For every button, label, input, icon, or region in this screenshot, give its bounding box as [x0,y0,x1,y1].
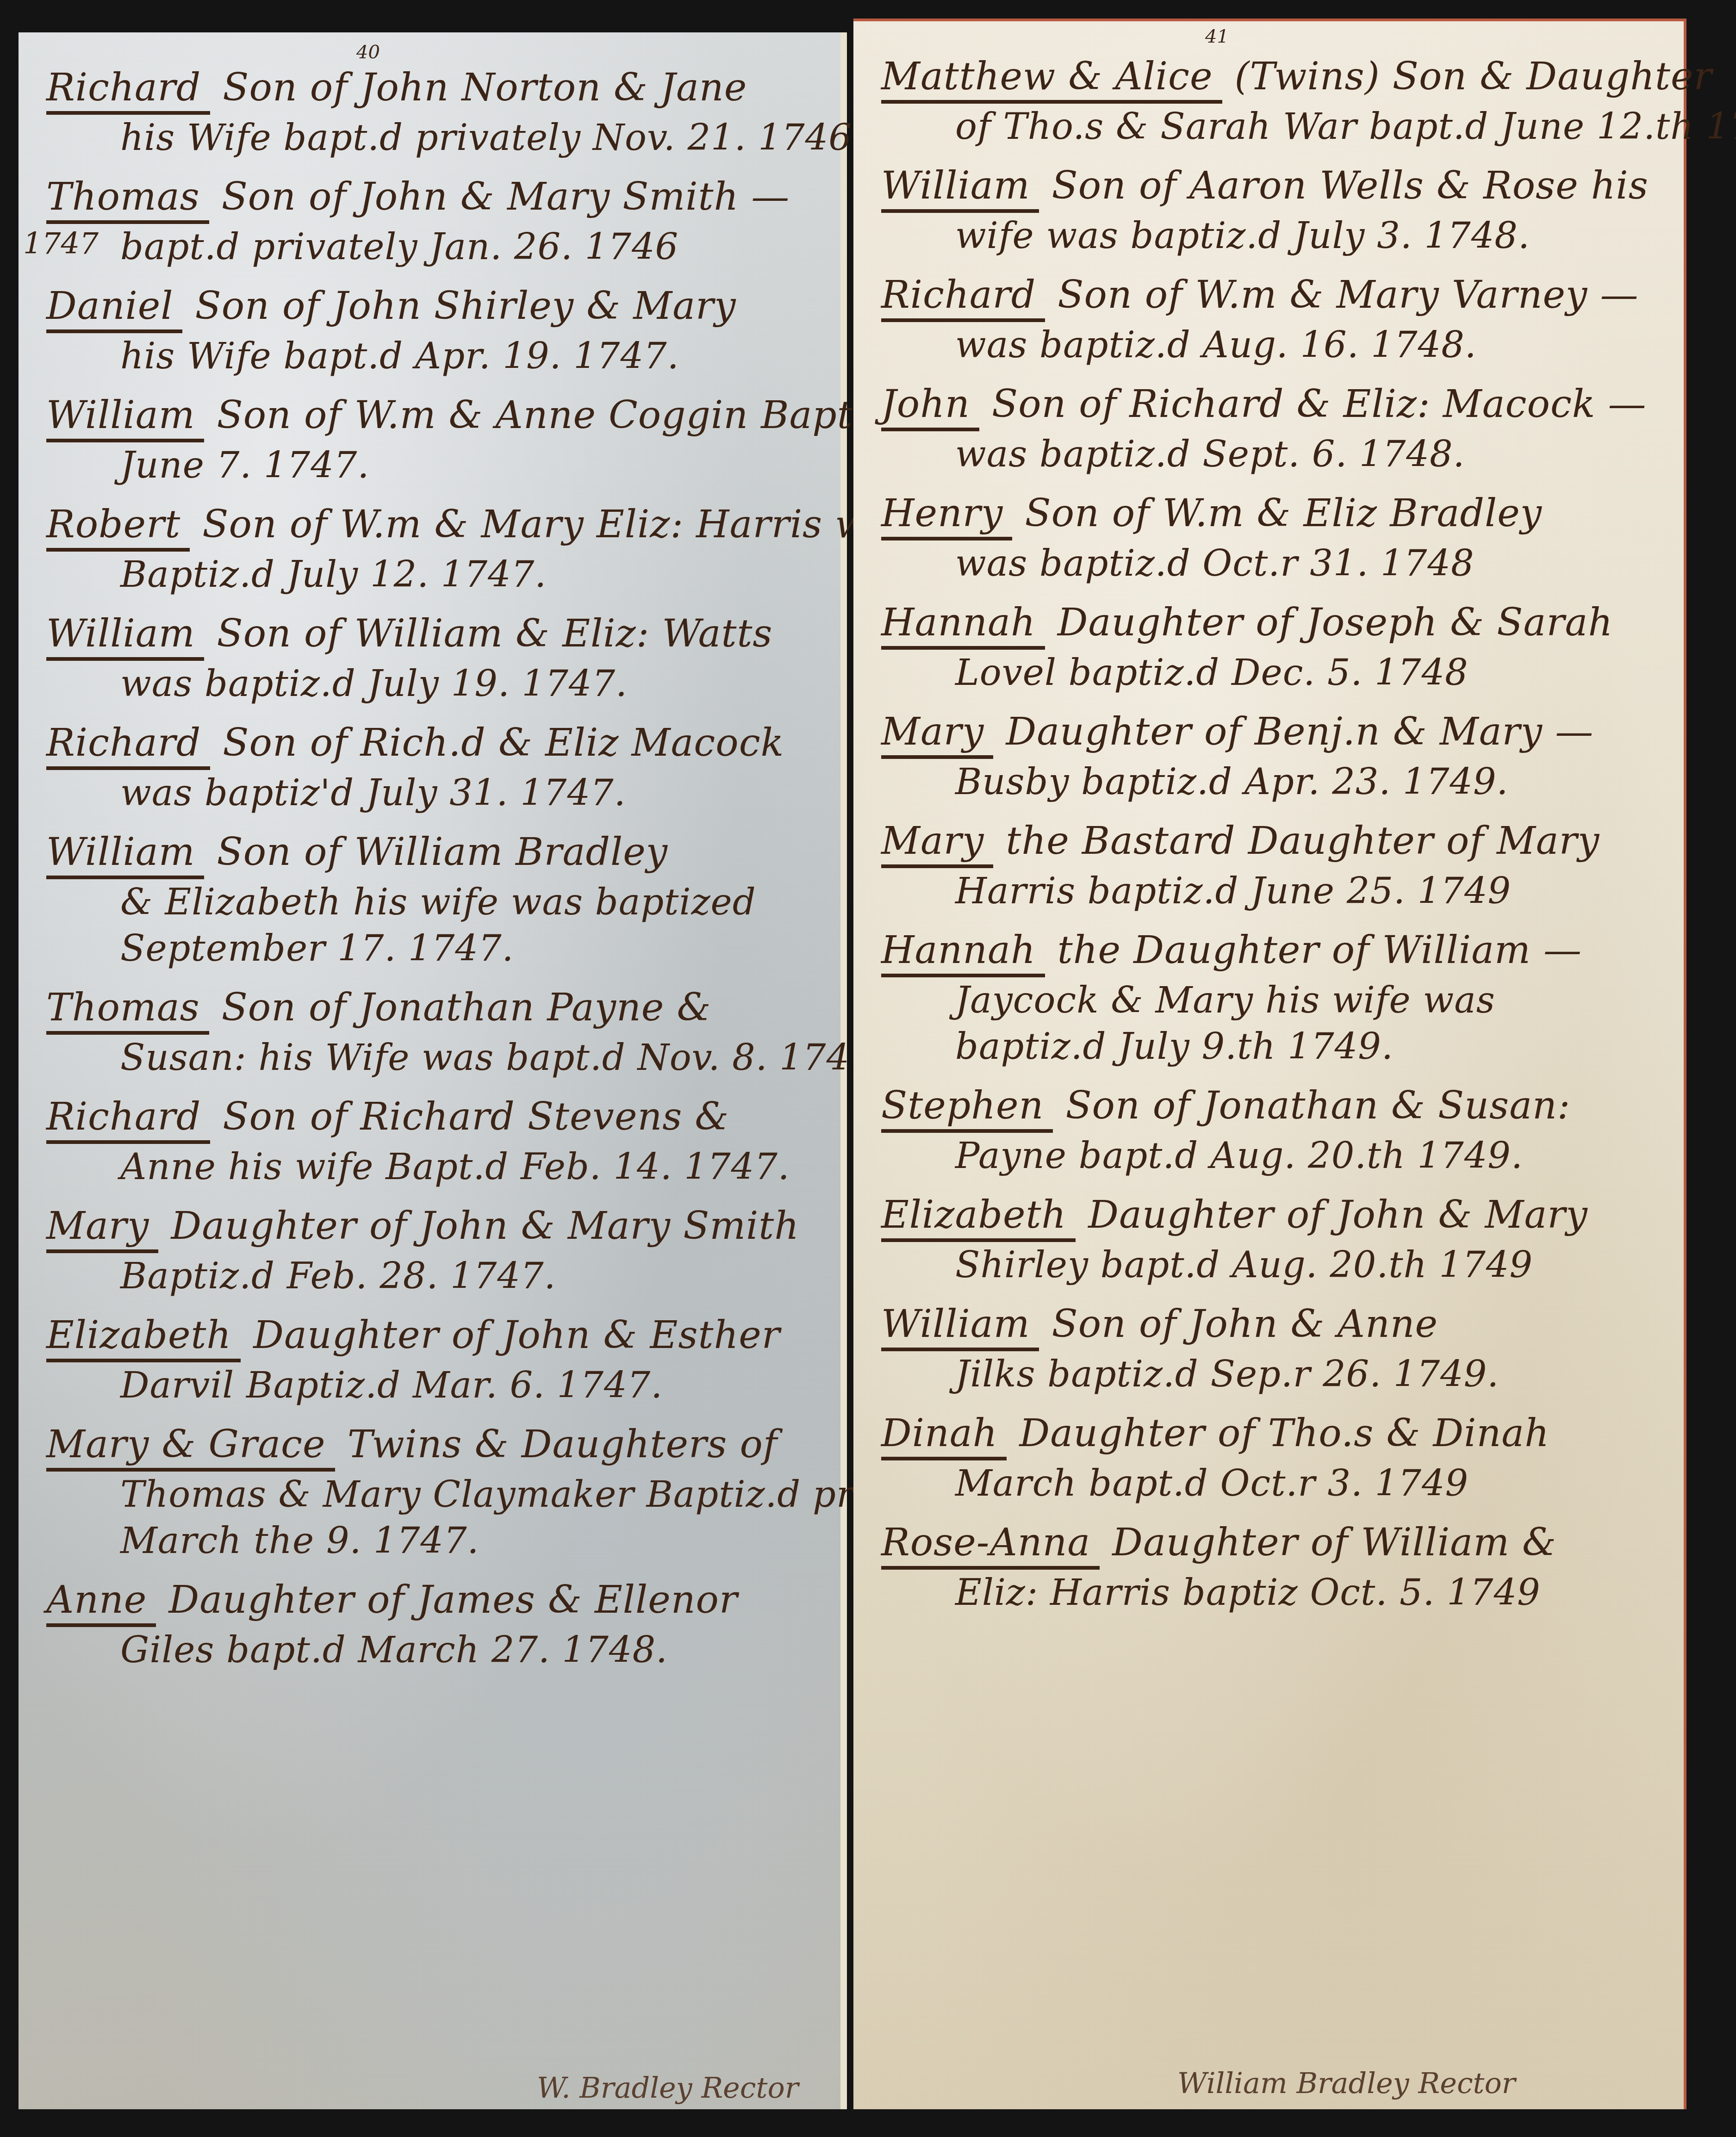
entry-line-1: Son of John & Anne [1052,1302,1438,1346]
baptism-entry: Daniel Son of John Shirley & Mary his Wi… [46,283,817,379]
child-name: Hannah [881,927,1045,977]
entry-line-1: Daughter of Joseph & Sarah [1058,601,1613,645]
child-name: Hannah [881,600,1045,650]
baptism-entry: Robert Son of W.m & Mary Eliz: Harris wa… [46,502,817,598]
entry-line-2: Harris baptiz.d June 25. 1749 [881,868,1661,914]
child-name: Daniel [46,283,182,333]
baptism-entry: William Son of W.m & Anne Coggin Bapt.d … [46,392,817,489]
entry-line-2: was baptiz'd July 31. 1747. [46,770,817,816]
baptism-entry: William Son of Aaron Wells & Rose his wi… [881,163,1661,259]
entry-line-2: was baptiz.d Oct.r 31. 1748 [881,540,1661,587]
entry-line-2: Darvil Baptiz.d Mar. 6. 1747. [46,1362,817,1409]
folio-number: 40 [356,42,380,63]
baptism-entry: Thomas Son of John & Mary Smith — bapt.d… [46,174,817,270]
child-name: Elizabeth [46,1312,241,1362]
child-name: Anne [46,1577,156,1627]
child-name: Thomas [46,985,209,1035]
entry-line-1: Daughter of James & Ellenor [168,1578,738,1622]
folio-number: 41 [1205,26,1229,47]
child-name: William [46,829,204,879]
child-name: Richard [881,272,1045,322]
baptism-entry: Elizabeth Daughter of John & Esther Darv… [46,1312,817,1409]
child-name: William [881,1301,1039,1351]
child-name: Thomas [46,174,209,224]
child-name: Elizabeth [881,1192,1076,1242]
child-name: Richard [46,65,210,115]
entry-line-2: Shirley bapt.d Aug. 20.th 1749 [881,1242,1661,1288]
entry-line-1: Son of Richard Stevens & [223,1095,729,1139]
entry-line-2: Anne his wife Bapt.d Feb. 14. 1747. [46,1144,817,1190]
entry-line-1: Son of William & Eliz: Watts [217,612,772,656]
entry-line-1: Son of John Norton & Jane [223,66,747,110]
entry-line-2: Jaycock & Mary his wife was [881,977,1661,1024]
entry-line-2: Jilks baptiz.d Sep.r 26. 1749. [881,1351,1661,1398]
baptism-entry: Matthew & Alice (Twins) Son & Daughter o… [881,54,1661,150]
baptism-entry: William Son of John & Anne Jilks baptiz.… [881,1301,1661,1398]
entry-line-1: Daughter of John & Mary Smith [171,1204,799,1248]
baptism-entry: Stephen Son of Jonathan & Susan: Payne b… [881,1083,1661,1179]
child-name: Stephen [881,1083,1053,1133]
child-name: William [46,611,204,661]
entry-line-2: Giles bapt.d March 27. 1748. [46,1627,817,1673]
child-name: William [881,163,1039,213]
entry-line-1: Son of John Shirley & Mary [195,284,736,328]
child-name: Richard [46,720,210,770]
entry-line-1: Son of Aaron Wells & Rose his [1052,164,1648,208]
entry-line-2: was baptiz.d Aug. 16. 1748. [881,322,1661,368]
entry-line-2: Lovel baptiz.d Dec. 5. 1748 [881,650,1661,696]
entry-line-3: September 17. 1747. [46,926,817,972]
entry-line-3: March the 9. 1747. [46,1518,817,1564]
entry-line-1: Son of W.m & Anne Coggin Bapt.d [217,393,890,437]
baptism-entry: Hannah Daughter of Joseph & Sarah Lovel … [881,600,1661,696]
entry-line-2: bapt.d privately Jan. 26. 1746 [46,224,817,270]
entry-line-1: the Bastard Daughter of Mary [1006,819,1599,863]
baptism-entry: Mary Daughter of John & Mary Smith Bapti… [46,1203,817,1299]
entry-line-2: Busby baptiz.d Apr. 23. 1749. [881,759,1661,805]
baptism-entry: Elizabeth Daughter of John & Mary Shirle… [881,1192,1661,1288]
entry-line-3: baptiz.d July 9.th 1749. [881,1024,1661,1070]
rector-signature: William Bradley Rector [1177,2066,1516,2100]
child-name: Richard [46,1094,210,1144]
child-name: Mary [881,818,993,868]
entry-line-2: Baptiz.d Feb. 28. 1747. [46,1253,817,1299]
entry-line-1: Daughter of Tho.s & Dinah [1020,1411,1549,1455]
baptism-entry: Hannah the Daughter of William — Jaycock… [881,927,1661,1070]
baptism-entry: Thomas Son of Jonathan Payne & Susan: hi… [46,985,817,1081]
baptism-entry: Mary Daughter of Benj.n & Mary — Busby b… [881,709,1661,805]
baptism-entry: Mary the Bastard Daughter of Mary Harris… [881,818,1661,914]
entry-line-1: (Twins) Son & Daughter [1235,55,1712,99]
child-name: Mary [46,1203,158,1253]
entries-list: Matthew & Alice (Twins) Son & Daughter o… [881,54,1661,1629]
entry-line-2: Thomas & Mary Claymaker Baptiz.d private… [46,1472,817,1518]
child-name: Robert [46,502,190,552]
entry-line-1: Son of Richard & Eliz: Macock — [992,382,1647,426]
entry-line-2: March bapt.d Oct.r 3. 1749 [881,1460,1661,1507]
entry-line-2: Payne bapt.d Aug. 20.th 1749. [881,1133,1661,1179]
entry-line-1: Son of Jonathan & Susan: [1065,1084,1570,1128]
baptism-entry: John Son of Richard & Eliz: Macock — was… [881,381,1661,478]
entry-line-1: Son of Rich.d & Eliz Macock [223,721,784,765]
entry-line-1: Daughter of Benj.n & Mary — [1006,710,1593,754]
entry-line-1: Son of W.m & Mary Eliz: Harris was [202,503,911,547]
entry-line-1: Son of Jonathan Payne & [222,986,711,1030]
baptism-entry: William Son of William Bradley & Elizabe… [46,829,817,972]
entry-line-2: & Elizabeth his wife was baptized [46,879,817,926]
child-name: Mary & Grace [46,1422,335,1472]
entry-line-2: Baptiz.d July 12. 1747. [46,552,817,598]
baptism-entry: Dinah Daughter of Tho.s & Dinah March ba… [881,1410,1661,1507]
baptism-entry: Henry Son of W.m & Eliz Bradley was bapt… [881,491,1661,587]
entry-line-1: Twins & Daughters of [348,1423,778,1466]
baptism-entry: Richard Son of Richard Stevens & Anne hi… [46,1094,817,1190]
baptism-entry: Mary & Grace Twins & Daughters of Thomas… [46,1422,817,1564]
entry-line-2: his Wife bapt.d Apr. 19. 1747. [46,333,817,379]
entry-line-2: was baptiz.d July 19. 1747. [46,661,817,707]
entry-line-2: was baptiz.d Sept. 6. 1748. [881,431,1661,478]
entry-line-2: Eliz: Harris baptiz Oct. 5. 1749 [881,1570,1661,1616]
entry-line-1: Daughter of John & Esther [253,1313,780,1357]
rector-signature: W. Bradley Rector [537,2071,798,2105]
child-name: Henry [881,491,1012,540]
child-name: Matthew & Alice [881,54,1222,104]
child-name: William [46,392,204,442]
child-name: Dinah [881,1410,1007,1460]
right-page: 41 Matthew & Alice (Twins) Son & Daughte… [853,19,1686,2109]
entry-line-1: Son of W.m & Mary Varney — [1058,273,1638,317]
entry-line-1: Son of John & Mary Smith — [222,175,790,219]
entry-line-2: his Wife bapt.d privately Nov. 21. 1746 [46,115,817,161]
entry-line-1: Son of William Bradley [217,830,668,874]
baptism-entry: William Son of William & Eliz: Watts was… [46,611,817,707]
left-page: 40 1747 Richard Son of John Norton & Jan… [19,32,847,2109]
child-name: Mary [881,709,993,759]
entry-line-2: wife was baptiz.d July 3. 1748. [881,213,1661,259]
entry-line-1: Daughter of William & [1112,1521,1556,1565]
baptism-entry: Rose-Anna Daughter of William & Eliz: Ha… [881,1520,1661,1616]
baptism-entry: Anne Daughter of James & Ellenor Giles b… [46,1577,817,1673]
baptism-entry: Richard Son of John Norton & Jane his Wi… [46,65,817,161]
entry-line-2: of Tho.s & Sarah War bapt.d June 12.th 1… [881,104,1661,150]
baptism-entry: Richard Son of Rich.d & Eliz Macock was … [46,720,817,816]
entry-line-2: June 7. 1747. [46,442,817,489]
entries-list: Richard Son of John Norton & Jane his Wi… [46,65,817,1686]
entry-line-1: Son of W.m & Eliz Bradley [1025,491,1542,535]
child-name: Rose-Anna [881,1520,1100,1570]
entry-line-2: Susan: his Wife was bapt.d Nov. 8. 1747. [46,1035,817,1081]
child-name: John [881,381,979,431]
entry-line-1: Daughter of John & Mary [1088,1193,1588,1237]
baptism-entry: Richard Son of W.m & Mary Varney — was b… [881,272,1661,368]
entry-line-1: the Daughter of William — [1058,928,1582,972]
